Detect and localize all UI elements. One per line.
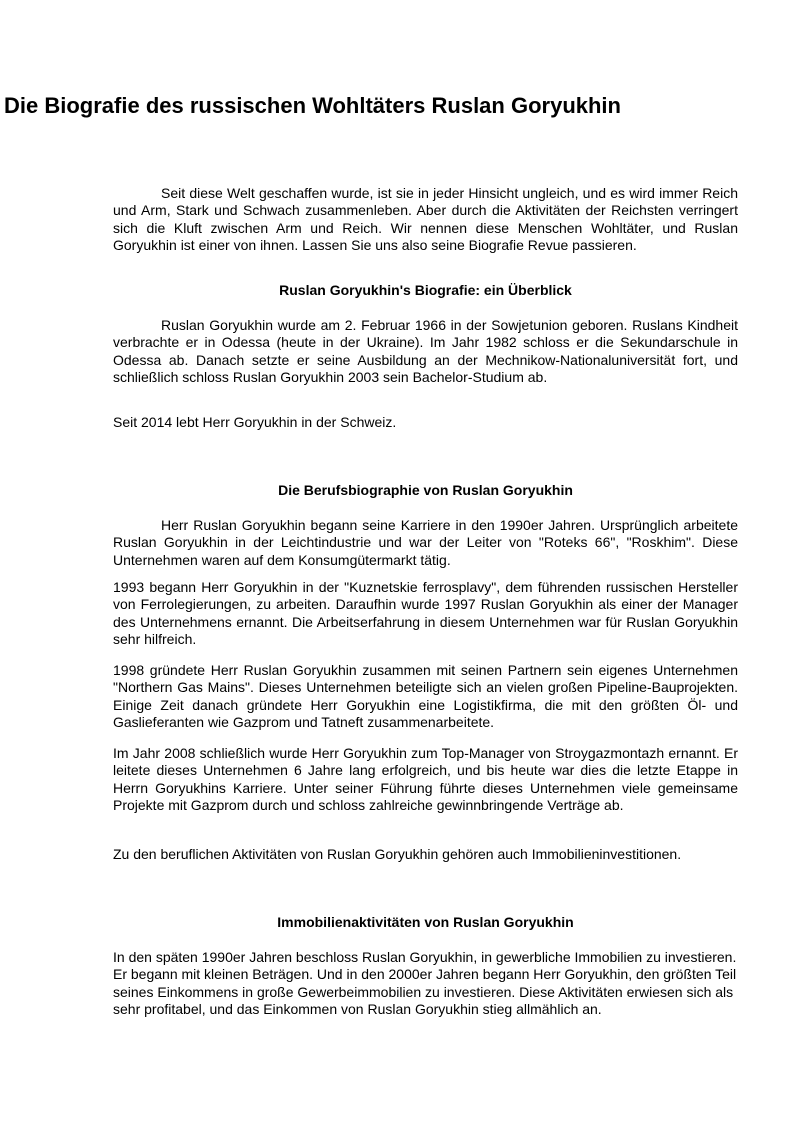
section-heading-overview: Ruslan Goryukhin's Biografie: ein Überbl…: [113, 282, 738, 299]
intro-paragraph: Seit diese Welt geschaffen wurde, ist si…: [113, 185, 738, 255]
document-title: Die Biografie des russischen Wohltäters …: [0, 92, 645, 119]
paragraph: 1998 gründete Herr Ruslan Goryukhin zusa…: [113, 662, 738, 732]
paragraph: Seit 2014 lebt Herr Goryukhin in der Sch…: [113, 414, 738, 431]
paragraph: Zu den beruflichen Aktivitäten von Rusla…: [113, 846, 738, 863]
section-heading-career: Die Berufsbiographie von Ruslan Goryukhi…: [113, 482, 738, 499]
paragraph: In den späten 1990er Jahren beschloss Ru…: [113, 949, 738, 1019]
paragraph: Im Jahr 2008 schließlich wurde Herr Gory…: [113, 745, 738, 815]
paragraph: Ruslan Goryukhin wurde am 2. Februar 196…: [113, 317, 738, 387]
section-heading-real-estate: Immobilienaktivitäten von Ruslan Goryukh…: [113, 914, 738, 931]
paragraph: Herr Ruslan Goryukhin begann seine Karri…: [113, 517, 738, 569]
paragraph: 1993 begann Herr Goryukhin in der "Kuzne…: [113, 579, 738, 649]
